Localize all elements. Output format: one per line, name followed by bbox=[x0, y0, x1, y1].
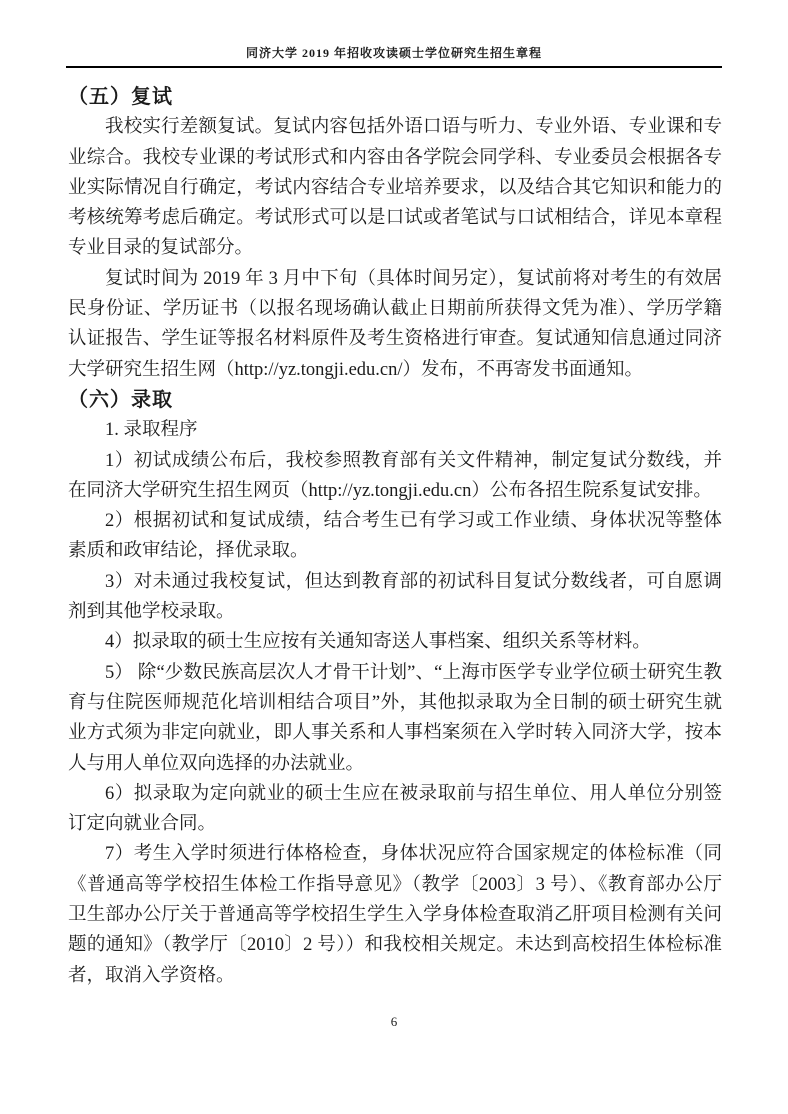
document-page: 同济大学 2019 年招收攻读硕士学位研究生招生章程 （五）复试我校实行差额复试… bbox=[0, 0, 788, 1114]
header-divider bbox=[66, 66, 722, 68]
paragraph: 6）拟录取为定向就业的硕士生应在被录取前与招生单位、用人单位分别签订定向就业合同… bbox=[68, 779, 722, 840]
paragraph: 4）拟录取的硕士生应按有关通知寄送人事档案、组织关系等材料。 bbox=[68, 627, 722, 657]
paragraph: 3）对未通过我校复试，但达到教育部的初试科目复试分数线者，可自愿调剂到其他学校录… bbox=[68, 567, 722, 628]
section-heading: （六）录取 bbox=[68, 385, 722, 415]
running-header-title: 同济大学 2019 年招收攻读硕士学位研究生招生章程 bbox=[0, 44, 788, 61]
section-heading: （五）复试 bbox=[68, 82, 722, 112]
paragraph: 我校实行差额复试。复试内容包括外语口语与听力、专业外语、专业课和专业综合。我校专… bbox=[68, 112, 722, 263]
paragraph: 7）考生入学时须进行体格检查，身体状况应符合国家规定的体检标准（同《普通高等学校… bbox=[68, 839, 722, 990]
paragraph: 1. 录取程序 bbox=[68, 415, 722, 445]
paragraph: 5） 除“少数民族高层次人才骨干计划”、“上海市医学专业学位硕士研究生教育与住院… bbox=[68, 658, 722, 779]
paragraph: 1）初试成绩公布后，我校参照教育部有关文件精神，制定复试分数线，并在同济大学研究… bbox=[68, 446, 722, 507]
page-number: 6 bbox=[0, 1014, 788, 1030]
paragraph: 复试时间为 2019 年 3 月中下旬（具体时间另定），复试前将对考生的有效居民… bbox=[68, 264, 722, 385]
paragraph: 2）根据初试和复试成绩，结合考生已有学习或工作业绩、身体状况等整体素质和政审结论… bbox=[68, 506, 722, 567]
document-content: （五）复试我校实行差额复试。复试内容包括外语口语与听力、专业外语、专业课和专业综… bbox=[68, 82, 722, 991]
